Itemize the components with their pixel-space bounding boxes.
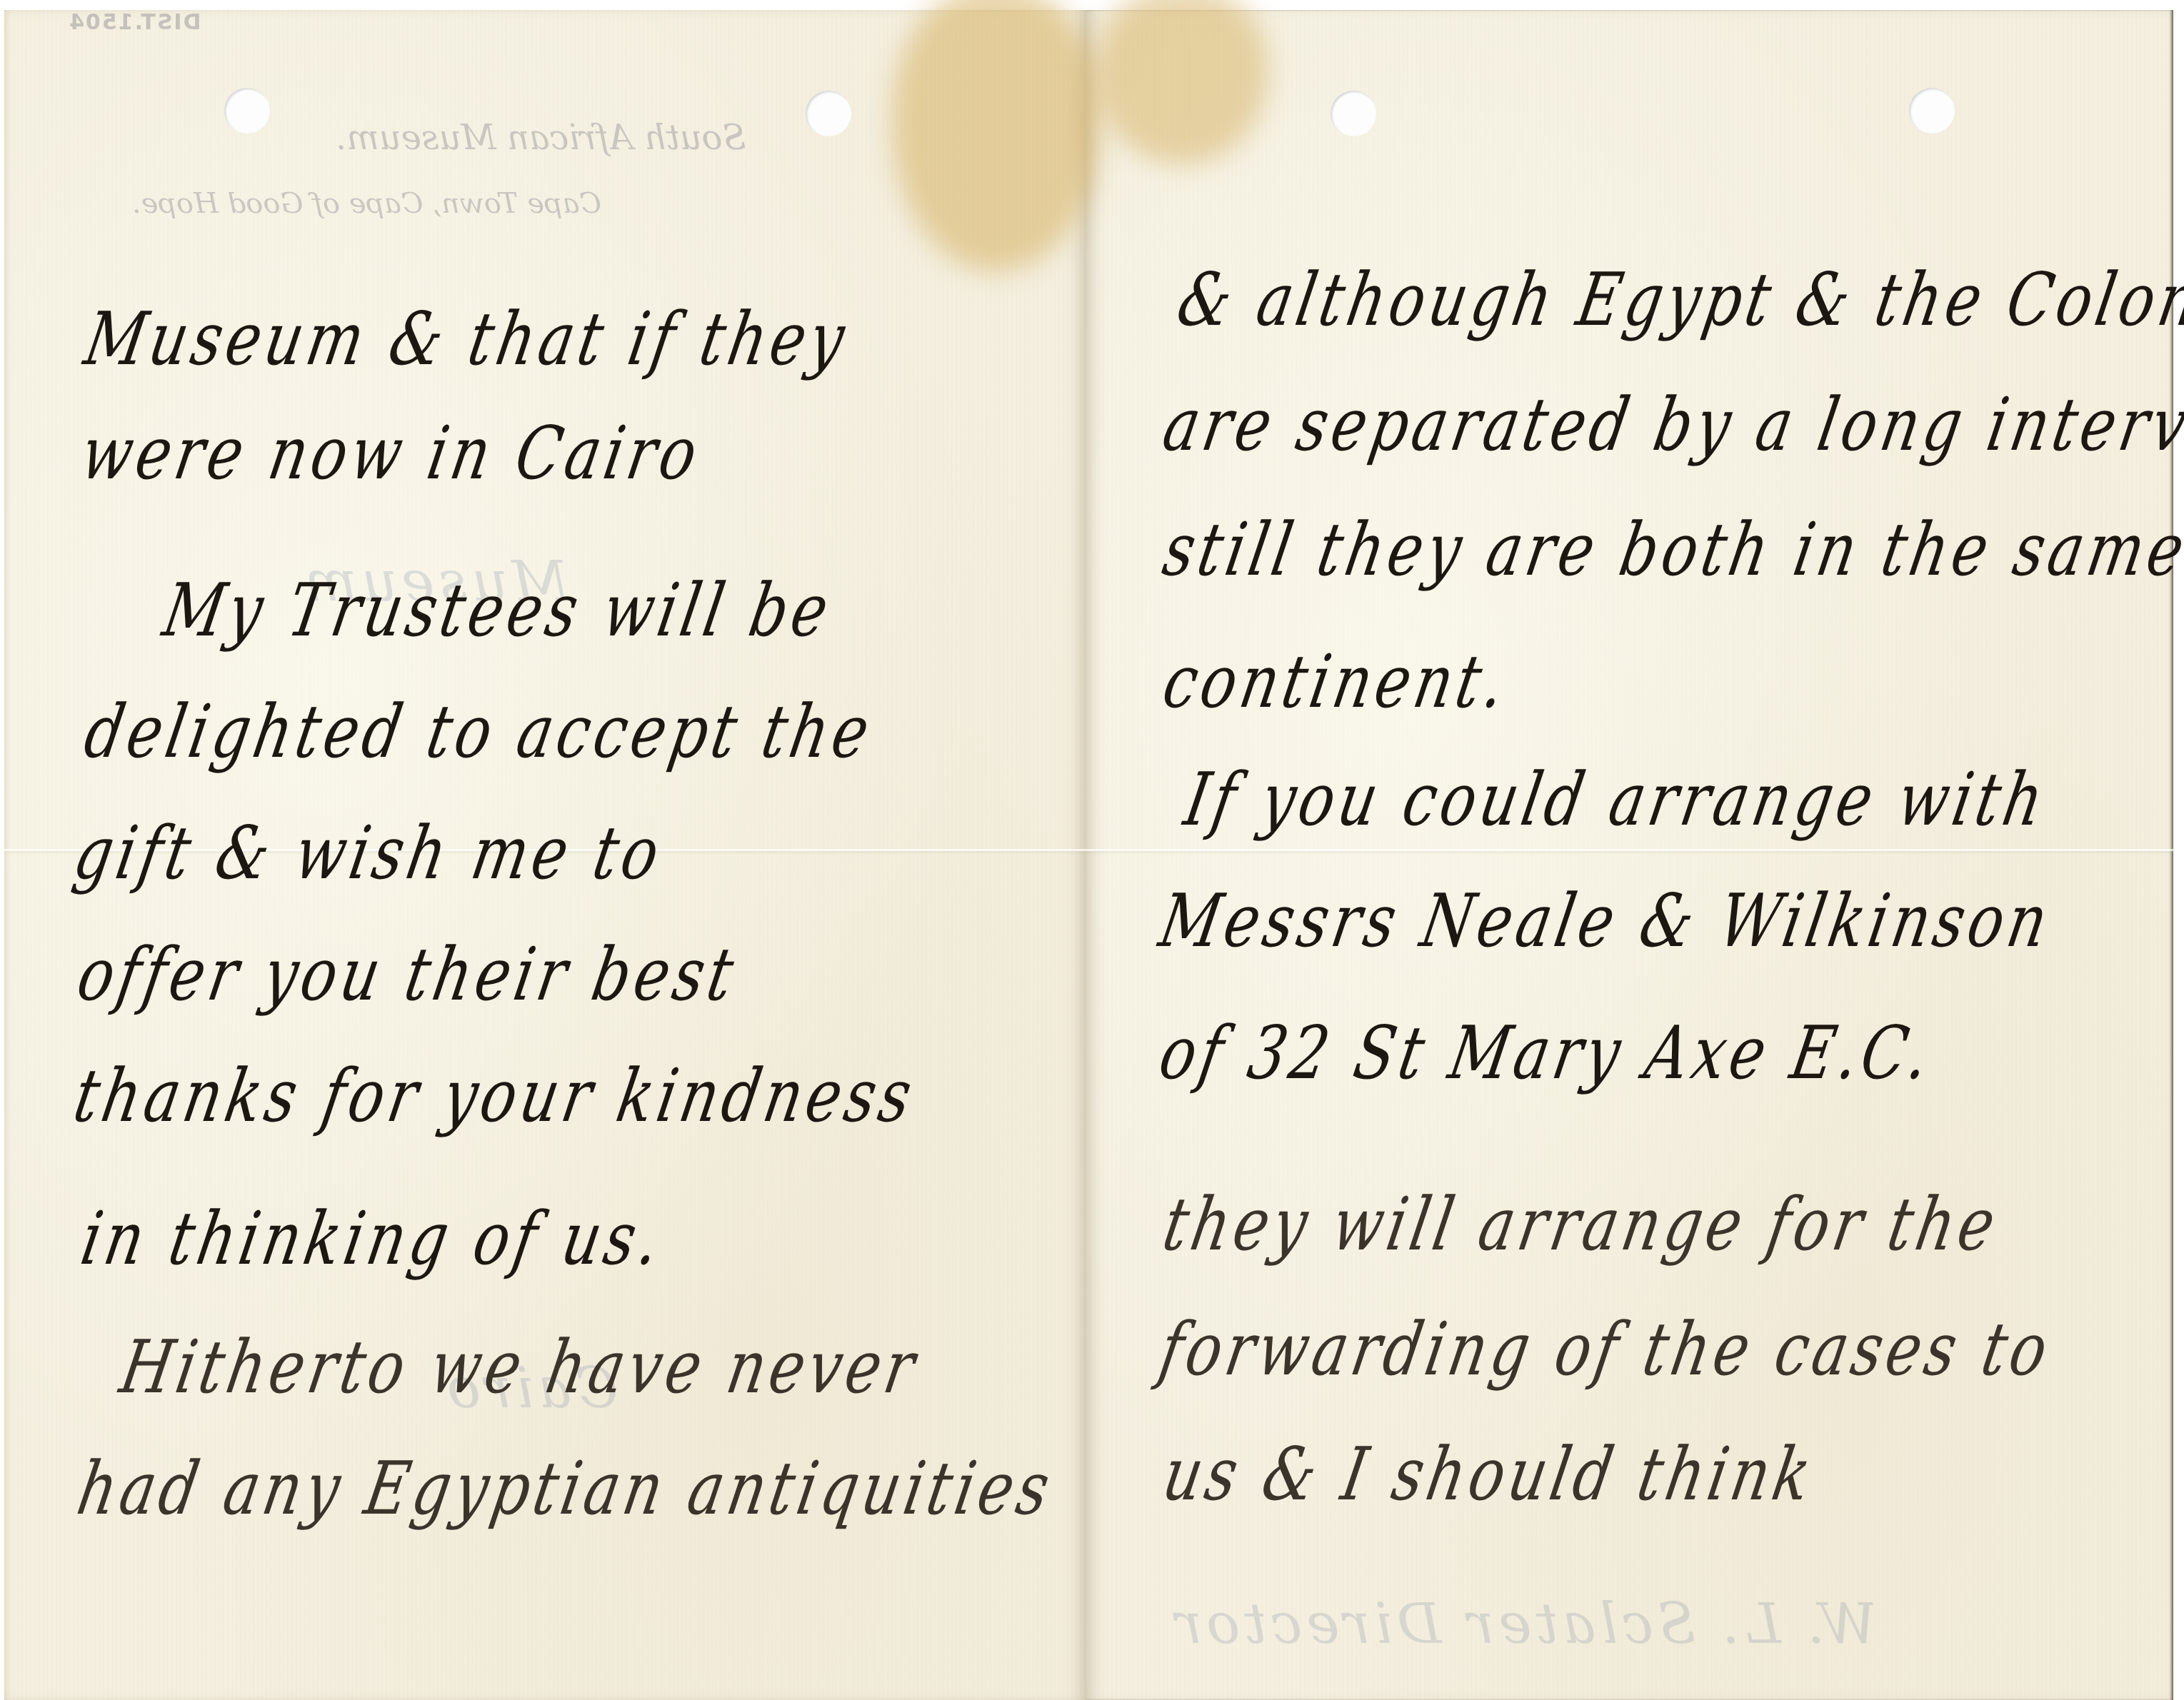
right-line-7: of 32 St Mary Axe E.C. bbox=[1153, 1011, 1940, 1096]
left-line-1: Museum & that if they bbox=[79, 297, 855, 382]
right-line-4: continent. bbox=[1157, 640, 1515, 725]
right-line-1: & although Egypt & the Colony bbox=[1171, 258, 2184, 343]
left-line-5: gift & wish me to bbox=[68, 811, 669, 896]
right-line-2: are separated by a long interval bbox=[1157, 383, 2184, 468]
punch-hole-icon bbox=[806, 91, 851, 136]
right-line-6: Messrs Neale & Wilkinson bbox=[1153, 879, 2058, 964]
left-line-2: were now in Cairo bbox=[75, 411, 707, 496]
right-line-9: forwarding of the cases to bbox=[1153, 1307, 2058, 1392]
left-line-4: delighted to accept the bbox=[79, 690, 879, 775]
archive-stamp: DIST.1504 bbox=[68, 10, 201, 35]
punch-hole-icon bbox=[1331, 91, 1376, 136]
left-line-3: My Trustees will be bbox=[157, 568, 838, 653]
left-line-7: thanks for your kindness bbox=[68, 1054, 922, 1139]
letterhead-line-1: South African Museum. bbox=[336, 118, 746, 158]
horizontal-fold-crease bbox=[1086, 849, 2173, 851]
left-line-6: offer you their best bbox=[71, 932, 743, 1017]
punch-hole-icon bbox=[224, 88, 270, 134]
right-line-5: If you could arrange with bbox=[1178, 758, 2053, 843]
right-line-3: still they are both in the same bbox=[1157, 508, 2184, 593]
right-line-10: us & I should think bbox=[1157, 1432, 1821, 1517]
left-line-8: in thinking of us. bbox=[75, 1197, 670, 1282]
left-line-10: had any Egyptian antiquities bbox=[71, 1447, 1060, 1531]
left-line-9: Hitherto we have never bbox=[114, 1325, 925, 1410]
right-line-8: they will arrange for the bbox=[1157, 1182, 2005, 1267]
bleed-through-signature: W. L. Sclater Director bbox=[1171, 1592, 1877, 1656]
punch-hole-icon bbox=[1909, 88, 1955, 134]
letterhead-line-2: Cape Town, Cape of Good Hope. bbox=[132, 187, 601, 220]
